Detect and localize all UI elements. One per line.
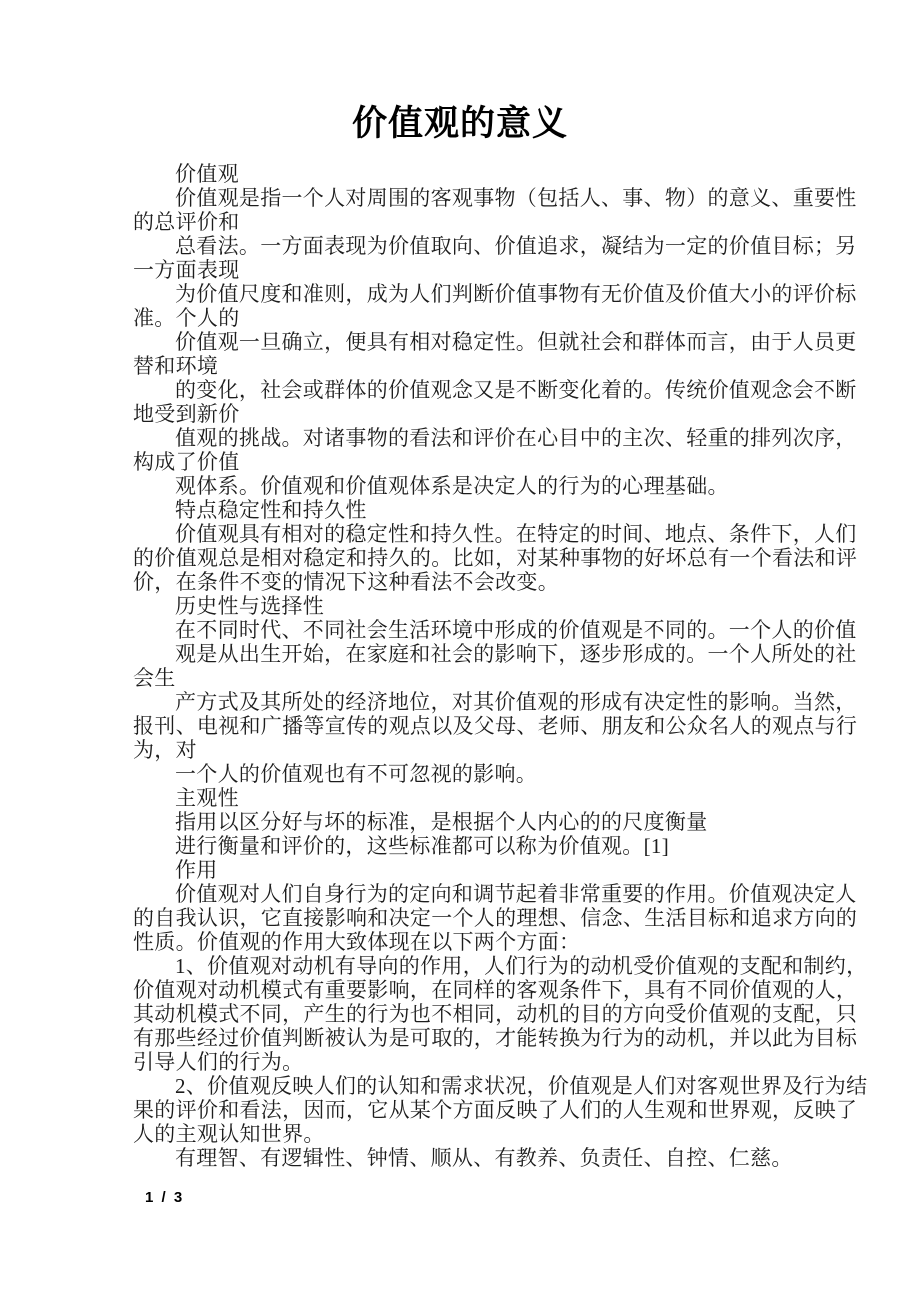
text-line: 值观的挑战。对诸事物的看法和评价在心目中的主次、轻重的排列次序， <box>133 426 878 450</box>
text-line: 会生 <box>133 666 878 690</box>
page-number: 1 / 3 <box>145 1189 184 1206</box>
text-line: 为，对 <box>133 738 878 762</box>
text-line: 观体系。价值观和价值观体系是决定人的行为的心理基础。 <box>133 474 878 498</box>
text-line: 2、价值观反映人们的认知和需求状况，价值观是人们对客观世界及行为结 <box>133 1074 878 1098</box>
text-line: 的变化，社会或群体的价值观念又是不断变化着的。传统价值观念会不断 <box>133 378 878 402</box>
text-line: 特点稳定性和持久性 <box>133 498 878 522</box>
text-line: 总看法。一方面表现为价值取向、价值追求，凝结为一定的价值目标；另 <box>133 234 878 258</box>
text-line: 有理智、有逻辑性、钟情、顺从、有教养、负责任、自控、仁慈。 <box>133 1146 878 1170</box>
text-line: 作用 <box>133 858 878 882</box>
text-line: 有那些经过价值判断被认为是可取的，才能转换为行为的动机，并以此为目标 <box>133 1026 878 1050</box>
document-body: 价值观价值观是指一个人对周围的客观事物（包括人、事、物）的意义、重要性的总评价和… <box>133 162 878 1170</box>
text-line: 进行衡量和评价的，这些标准都可以称为价值观。[1] <box>133 834 878 858</box>
text-line: 价，在条件不变的情况下这种看法不会改变。 <box>133 570 878 594</box>
text-line: 构成了价值 <box>133 450 878 474</box>
text-line: 在不同时代、不同社会生活环境中形成的价值观是不同的。一个人的价值 <box>133 618 878 642</box>
text-line: 价值观一旦确立，便具有相对稳定性。但就社会和群体而言，由于人员更 <box>133 330 878 354</box>
text-line: 的自我认识，它直接影响和决定一个人的理想、信念、生活目标和追求方向的 <box>133 906 878 930</box>
text-line: 准。个人的 <box>133 306 878 330</box>
document-page: 价值观的意义 价值观价值观是指一个人对周围的客观事物（包括人、事、物）的意义、重… <box>0 0 920 1302</box>
text-line: 引导人们的行为。 <box>133 1050 878 1074</box>
text-line: 产方式及其所处的经济地位，对其价值观的形成有决定性的影响。当然， <box>133 690 878 714</box>
text-line: 主观性 <box>133 786 878 810</box>
text-line: 价值观 <box>133 162 878 186</box>
text-line: 价值观是指一个人对周围的客观事物（包括人、事、物）的意义、重要性 <box>133 186 878 210</box>
text-line: 的价值观总是相对稳定和持久的。比如，对某种事物的好坏总有一个看法和评 <box>133 546 878 570</box>
text-line: 的总评价和 <box>133 210 878 234</box>
document-title: 价值观的意义 <box>0 101 920 147</box>
text-line: 性质。价值观的作用大致体现在以下两个方面： <box>133 930 878 954</box>
text-line: 地受到新价 <box>133 402 878 426</box>
text-line: 1、价值观对动机有导向的作用，人们行为的动机受价值观的支配和制约， <box>133 954 878 978</box>
text-line: 价值观具有相对的稳定性和持久性。在特定的时间、地点、条件下，人们 <box>133 522 878 546</box>
text-line: 价值观对人们自身行为的定向和调节起着非常重要的作用。价值观决定人 <box>133 882 878 906</box>
text-line: 其动机模式不同，产生的行为也不相同，动机的目的方向受价值观的支配，只 <box>133 1002 878 1026</box>
text-line: 替和环境 <box>133 354 878 378</box>
text-line: 为价值尺度和准则，成为人们判断价值事物有无价值及价值大小的评价标 <box>133 282 878 306</box>
text-line: 果的评价和看法，因而，它从某个方面反映了人们的人生观和世界观，反映了 <box>133 1098 878 1122</box>
text-line: 观是从出生开始，在家庭和社会的影响下，逐步形成的。一个人所处的社 <box>133 642 878 666</box>
text-line: 一个人的价值观也有不可忽视的影响。 <box>133 762 878 786</box>
text-line: 一方面表现 <box>133 258 878 282</box>
text-line: 报刊、电视和广播等宣传的观点以及父母、老师、朋友和公众名人的观点与行 <box>133 714 878 738</box>
text-line: 历史性与选择性 <box>133 594 878 618</box>
text-line: 指用以区分好与坏的标准，是根据个人内心的的尺度衡量 <box>133 810 878 834</box>
text-line: 价值观对动机模式有重要影响，在同样的客观条件下，具有不同价值观的人， <box>133 978 878 1002</box>
text-line: 人的主观认知世界。 <box>133 1122 878 1146</box>
